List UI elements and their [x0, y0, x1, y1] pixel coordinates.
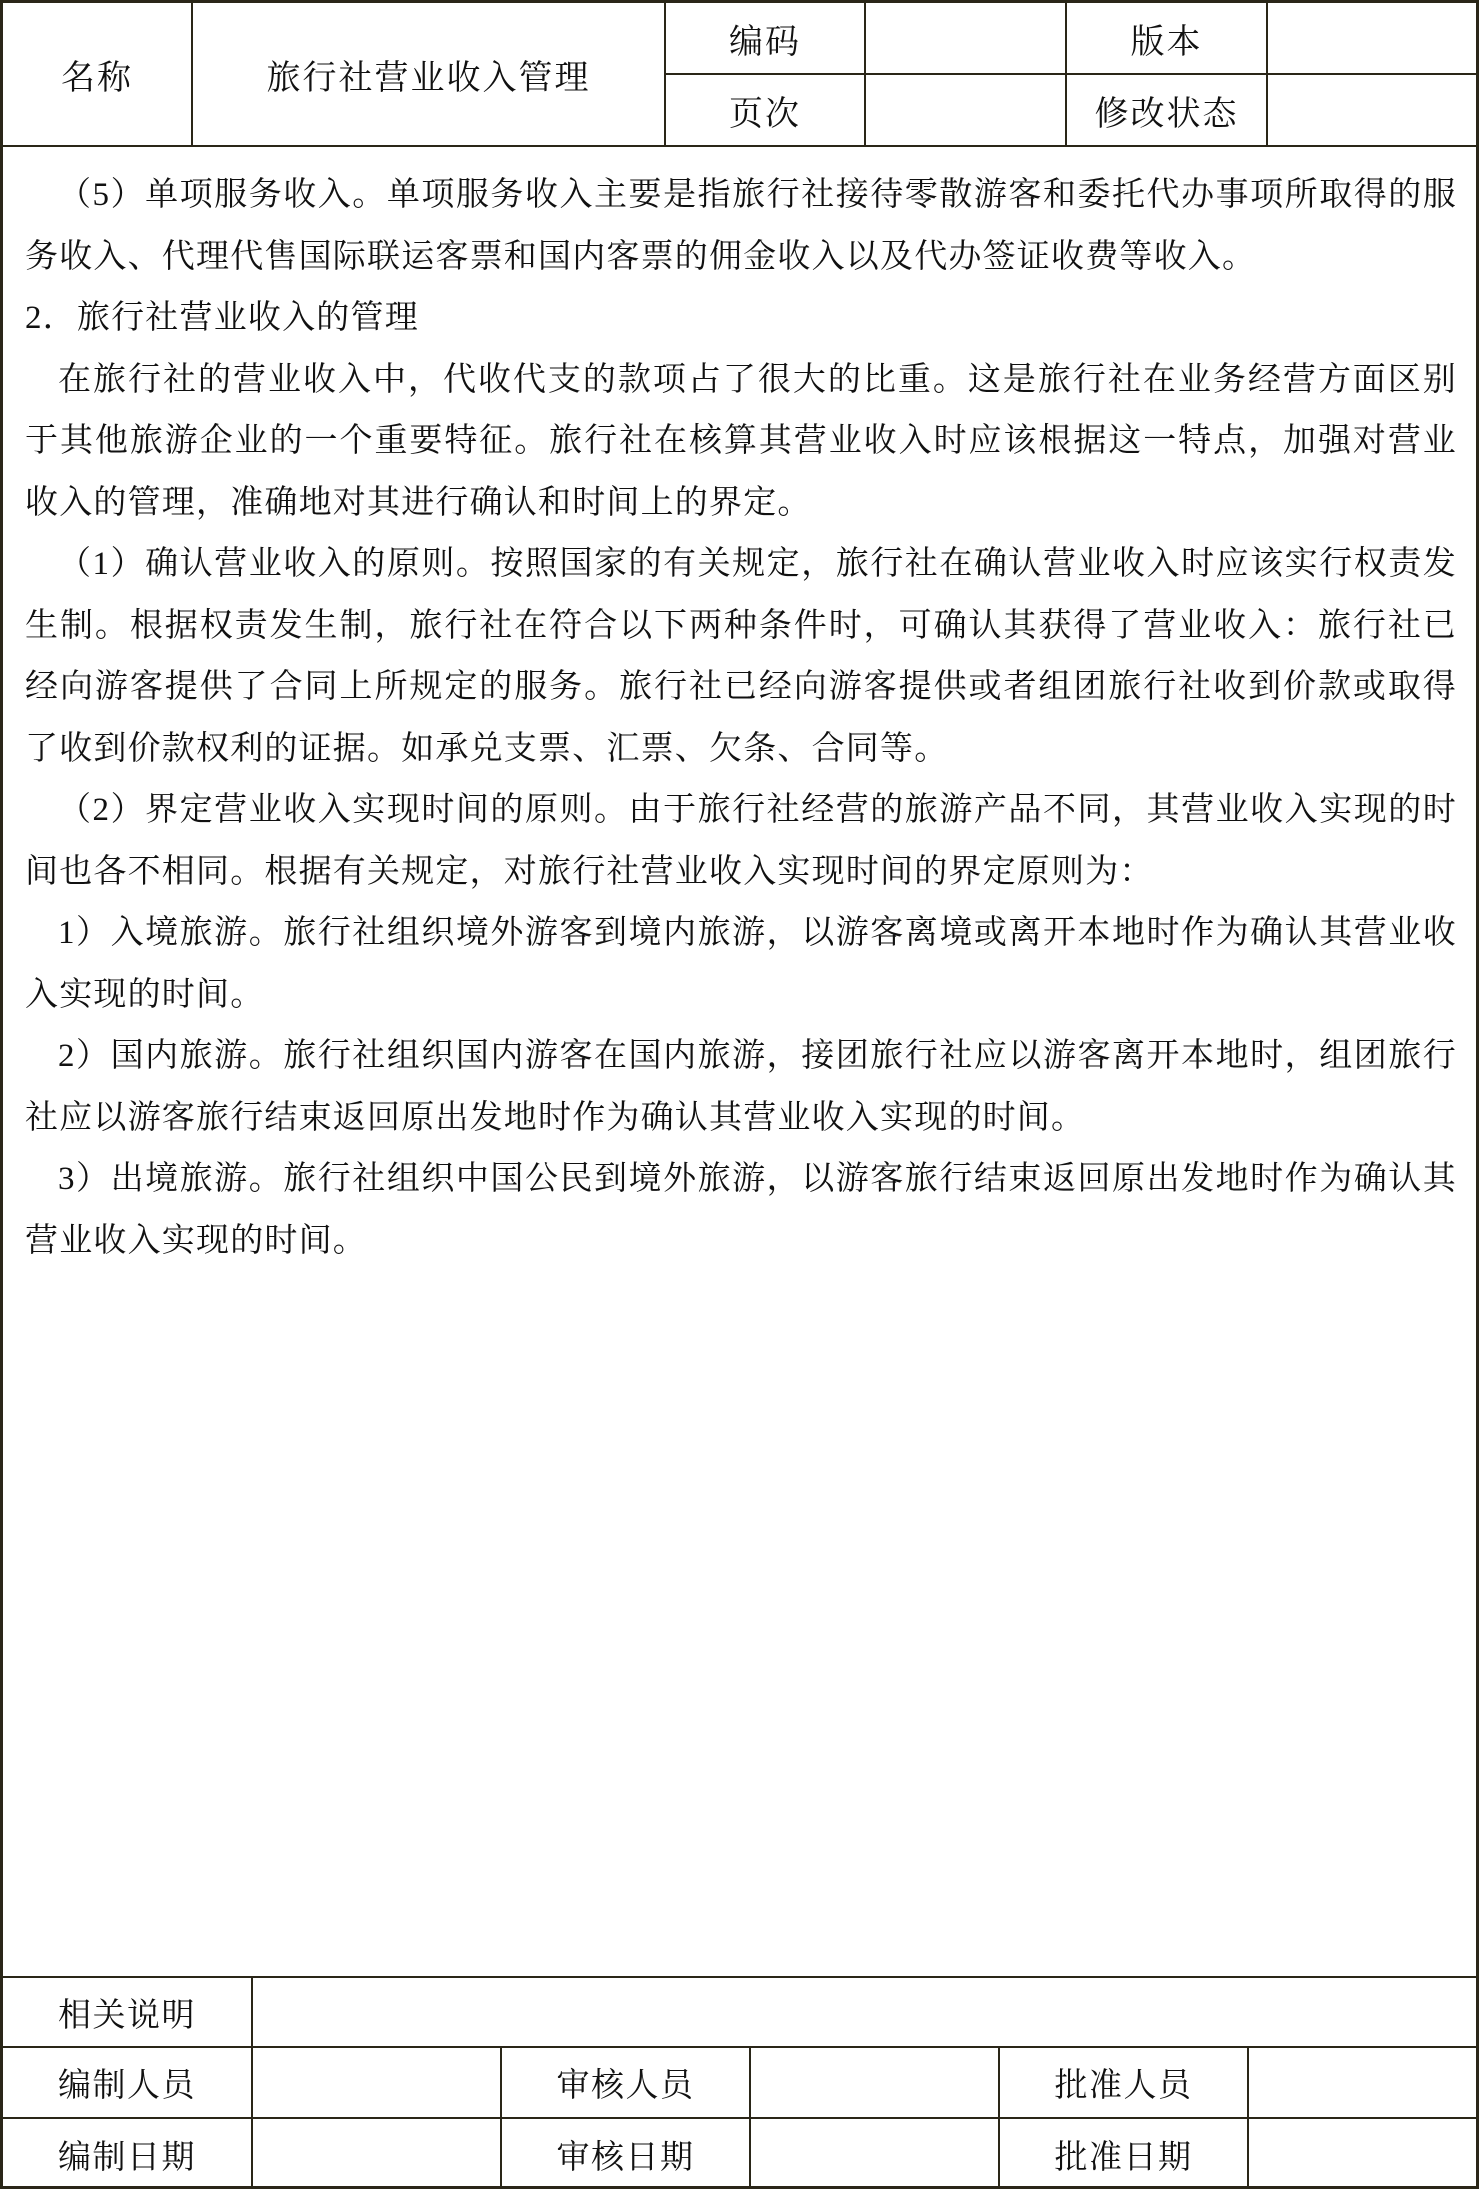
approved-date-label: 批准日期 — [1000, 2119, 1247, 2189]
revision-label: 修改状态 — [1067, 75, 1266, 145]
prepared-date-field[interactable] — [253, 2119, 500, 2189]
paragraph-timing-principle: （2）界定营业收入实现时间的原则。由于旅行社经营的旅游产品不同，其营业收入实现的… — [25, 780, 1457, 903]
page-field[interactable] — [866, 75, 1065, 145]
name-label: 名称 — [3, 3, 191, 145]
document-sheet: 名称 旅行社营业收入管理 编码 版本 页次 修改状态 （5）单项服务收入。单项服… — [0, 0, 1479, 2189]
page-label: 页次 — [666, 75, 864, 145]
paragraph-single-service-income: （5）单项服务收入。单项服务收入主要是指旅行社接待零散游客和委托代办事项所取得的… — [25, 165, 1457, 288]
notes-field[interactable] — [253, 1978, 1476, 2046]
paragraph-inbound-tourism: 1）入境旅游。旅行社组织境外游客到境内旅游，以游客离境或离开本地时作为确认其营业… — [25, 903, 1457, 1026]
version-label: 版本 — [1067, 3, 1266, 73]
reviewed-by-label: 审核人员 — [502, 2048, 749, 2117]
version-field[interactable] — [1268, 3, 1476, 73]
footer-table: 相关说明 编制人员 审核人员 批准人员 编制日期 审核日期 批准日期 — [3, 1976, 1476, 2189]
notes-label: 相关说明 — [3, 1978, 251, 2046]
paragraph-outbound-tourism: 3）出境旅游。旅行社组织中国公民到境外旅游，以游客旅行结束返回原出发地时作为确认… — [25, 1149, 1457, 1272]
paragraph-intro: 在旅行社的营业收入中，代收代支的款项占了很大的比重。这是旅行社在业务经营方面区别… — [25, 350, 1457, 535]
revision-field[interactable] — [1268, 75, 1476, 145]
reviewed-by-field[interactable] — [751, 2048, 998, 2117]
section-heading: 2．旅行社营业收入的管理 — [25, 288, 1457, 350]
reviewed-date-label: 审核日期 — [502, 2119, 749, 2189]
prepared-date-label: 编制日期 — [3, 2119, 251, 2189]
document-body: （5）单项服务收入。单项服务收入主要是指旅行社接待零散游客和委托代办事项所取得的… — [25, 165, 1457, 1272]
header-table: 名称 旅行社营业收入管理 编码 版本 页次 修改状态 — [3, 3, 1476, 147]
prepared-by-field[interactable] — [253, 2048, 500, 2117]
reviewed-date-field[interactable] — [751, 2119, 998, 2189]
code-field[interactable] — [866, 3, 1065, 73]
approved-by-field[interactable] — [1249, 2048, 1476, 2117]
document-title: 旅行社营业收入管理 — [193, 3, 664, 145]
paragraph-recognition-principle: （1）确认营业收入的原则。按照国家的有关规定，旅行社在确认营业收入时应该实行权责… — [25, 534, 1457, 780]
approved-date-field[interactable] — [1249, 2119, 1476, 2189]
approved-by-label: 批准人员 — [1000, 2048, 1247, 2117]
paragraph-domestic-tourism: 2）国内旅游。旅行社组织国内游客在国内旅游，接团旅行社应以游客离开本地时，组团旅… — [25, 1026, 1457, 1149]
prepared-by-label: 编制人员 — [3, 2048, 251, 2117]
code-label: 编码 — [666, 3, 864, 73]
